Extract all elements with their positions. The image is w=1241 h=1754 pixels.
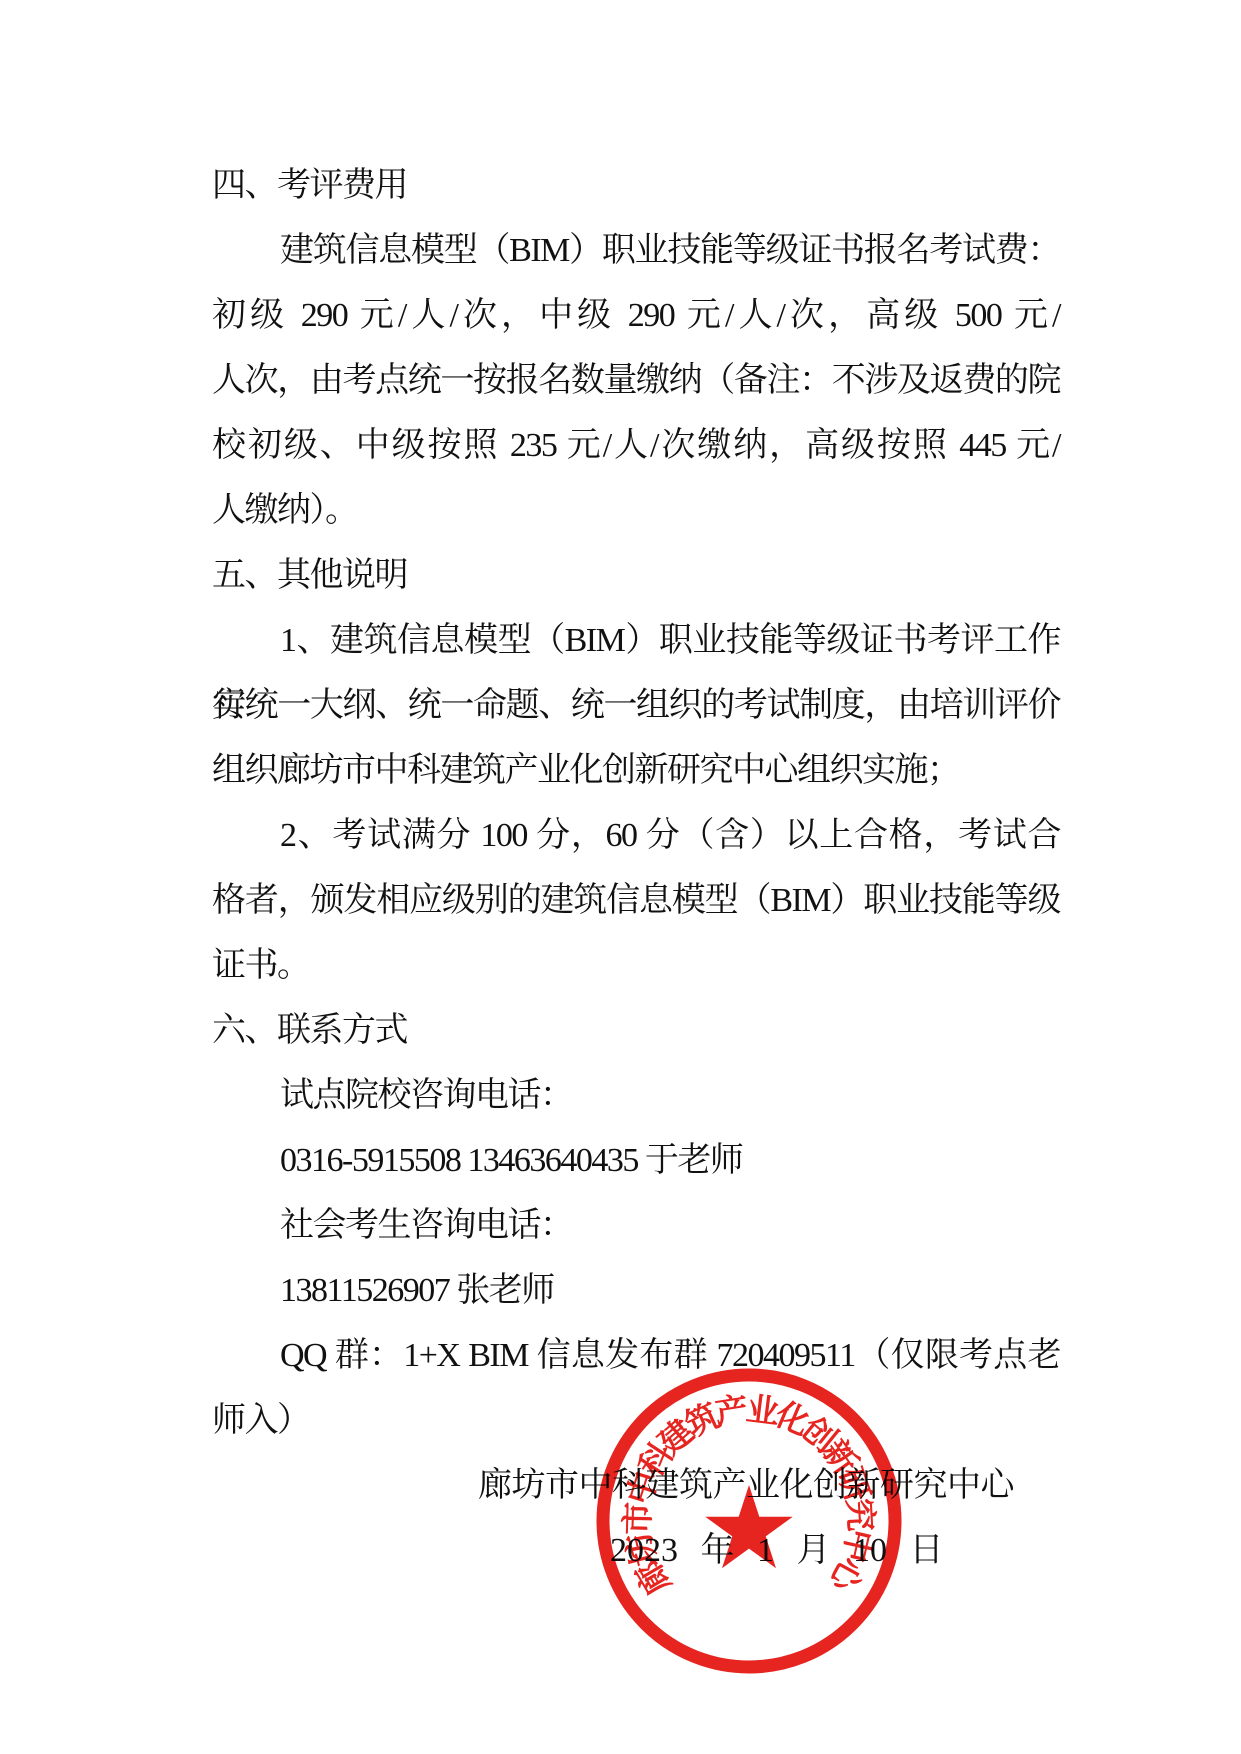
text-line: 2、考试满分 100 分，60 分（含）以上合格，考试合 xyxy=(212,803,1060,868)
text-line: 社会考生咨询电话： xyxy=(212,1193,1060,1258)
text-line: 1、建筑信息模型（BIM）职业技能等级证书考评工作实 xyxy=(212,608,1060,673)
text-line: 初级 290 元/人/次，中级 290 元/人/次，高级 500 元/ xyxy=(212,283,1060,348)
text-line: 人次，由考点统一按报名数量缴纳（备注：不涉及返费的院 xyxy=(212,348,1060,413)
text-line: 四、考评费用 xyxy=(212,153,1060,218)
text-line: 人缴纳）。 xyxy=(212,478,1060,543)
signature-org: 廊坊市中科建筑产业化创新研究中心 xyxy=(212,1453,1060,1518)
text-line: 五、其他说明 xyxy=(212,543,1060,608)
text-line: 师入） xyxy=(212,1388,1060,1453)
text-line: 校初级、中级按照 235 元/人/次缴纳，高级按照 445 元/ xyxy=(212,413,1060,478)
lines-container: 四、考评费用建筑信息模型（BIM）职业技能等级证书报名考试费：初级 290 元/… xyxy=(212,153,1060,1453)
text-line: 试点院校咨询电话： xyxy=(212,1063,1060,1128)
text-line: 13811526907 张老师 xyxy=(212,1258,1060,1323)
text-line: 建筑信息模型（BIM）职业技能等级证书报名考试费： xyxy=(212,218,1060,283)
text-line: 0316-5915508 13463640435 于老师 xyxy=(212,1128,1060,1193)
text-line: 证书。 xyxy=(212,933,1060,998)
body-text: 四、考评费用建筑信息模型（BIM）职业技能等级证书报名考试费：初级 290 元/… xyxy=(212,153,1060,1583)
text-line: 组织廊坊市中科建筑产业化创新研究中心组织实施； xyxy=(212,738,1060,803)
text-line: 六、联系方式 xyxy=(212,998,1060,1063)
text-line: QQ 群：1+X BIM 信息发布群 720409511（仅限考点老 xyxy=(212,1323,1060,1388)
signature-date: 2023 年 1 月 10 日 xyxy=(212,1518,1060,1583)
text-line: 格者，颁发相应级别的建筑信息模型（BIM）职业技能等级 xyxy=(212,868,1060,933)
document-page: 四、考评费用建筑信息模型（BIM）职业技能等级证书报名考试费：初级 290 元/… xyxy=(0,0,1241,1754)
text-line: 行统一大纲、统一命题、统一组织的考试制度，由培训评价 xyxy=(212,673,1060,738)
